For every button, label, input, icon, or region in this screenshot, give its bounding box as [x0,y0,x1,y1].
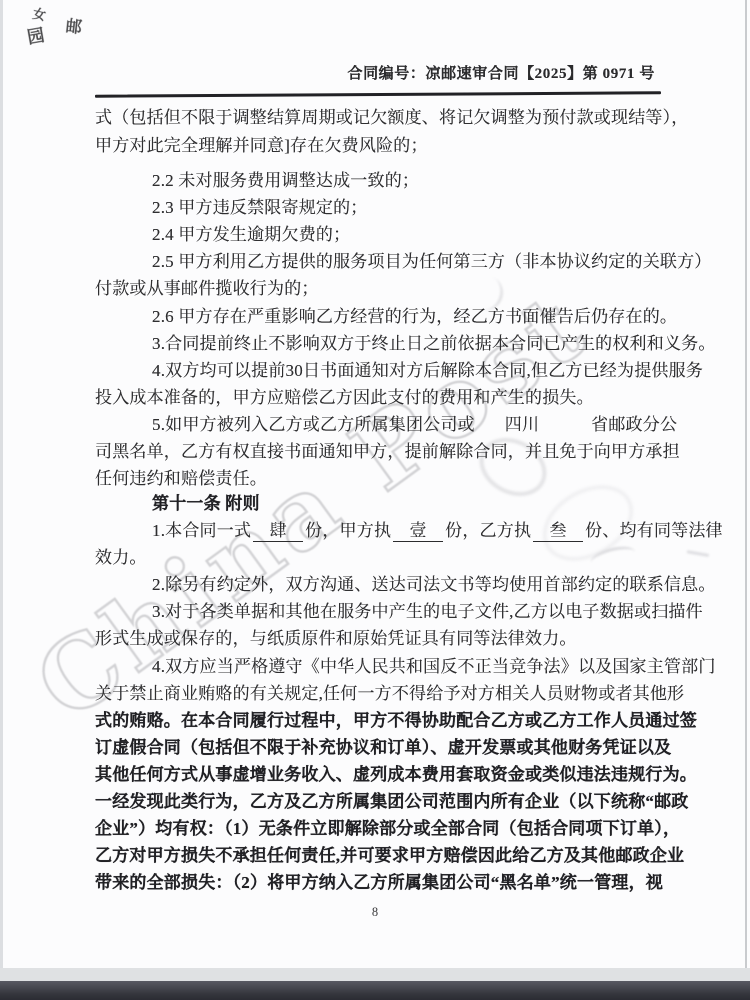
text-segment: 2.5 甲方利用乙方提供的服务项目为任何第三方（非本协议约定的关联方） [152,252,712,271]
text-segment: 2.除另有约定外，双方沟通、送达司法文书等均使用首部约定的联系信息。 [152,575,716,594]
text-segment: 3.对于各类单据和其他在服务中产生的电子文件,乙方以电子数据或扫描件 [152,602,703,621]
filled-blank: 叁 [533,516,583,542]
text-line: 甲方对此完全理解并同意]存在欠费风险的； [95,131,428,156]
text-line: 2.6 甲方存在严重影响乙方经营的行为，经乙方书面催告后仍存在的。 [152,302,677,327]
text-line: 司黑名单，乙方有权直接书面通知甲方，提前解除合同，并且免于向甲方承担 [95,437,680,462]
text-segment: 订虚假合同（包括但不限于补充协议和订单）、虚开发票或其他财务凭证以及 [95,738,671,757]
text-segment: 投入成本准备的，甲方应赔偿乙方因此支付的费用和产生的损失。 [95,388,594,407]
scan-bottom-shadow [0,968,750,982]
text-line: 2.除另有约定外，双方沟通、送达司法文书等均使用首部约定的联系信息。 [152,570,716,595]
text-line: 形式生成或保存的，与纸质原件和原始凭证具有同等法律效力。 [95,624,577,649]
text-segment: 1.本合同一式 [152,521,251,540]
text-line: 2.5 甲方利用乙方提供的服务项目为任何第三方（非本协议约定的关联方） [152,247,712,272]
text-segment: 第十一条 附则 [152,494,260,513]
text-segment: 式的贿赂。在本合同履行过程中，甲方不得协助配合乙方或乙方工作人员通过签 [95,711,697,730]
text-line: 投入成本准备的，甲方应赔偿乙方因此支付的费用和产生的损失。 [95,383,594,408]
text-segment: 3.合同提前终止不影响双方于终止日之前依据本合同已产生的权利和义务。 [152,334,716,353]
text-line: 2.2 未对服务费用调整达成一致的； [152,166,419,191]
text-segment: 其他任何方式从事虚增业务收入、虚列成本费用套取资金或类似违法违规行为。 [95,765,697,784]
text-line: 2.4 甲方发生逾期欠费的； [152,220,350,245]
text-line: 乙方对甲方损失不承担任何责任,并可要求甲方赔偿因此给乙方及其他邮政企业 [95,841,684,866]
scan-left-edge [0,0,3,1000]
text-segment: 5.如甲方被列入乙方或乙方所属集团公司或 [152,415,475,434]
text-segment: 份、均有同等法律 [585,521,723,540]
text-line: 式（包括但不限于调整结算周期或记欠额度、将记欠调整为预付款或现结等）， [95,103,689,128]
text-segment: 2.2 未对服务费用调整达成一致的； [152,171,419,190]
text-segment: 份，甲方执 [305,521,391,540]
text-segment: 效力。 [95,548,147,567]
text-segment: 2.4 甲方发生逾期欠费的； [152,225,350,244]
text-segment: 关于禁止商业贿赂的有关规定,任何一方不得给予对方相关人员财物或者其他形 [95,684,684,703]
filled-blank: 壹 [393,516,443,542]
text-segment: 甲方对此完全理解并同意]存在欠费风险的； [95,136,428,155]
text-line: 5.如甲方被列入乙方或乙方所属集团公司或四川省邮政分公 [152,410,677,435]
text-line: 3.对于各类单据和其他在服务中产生的电子文件,乙方以电子数据或扫描件 [152,597,703,622]
text-segment: 乙方对甲方损失不承担任何责任,并可要求甲方赔偿因此给乙方及其他邮政企业 [95,846,684,865]
corner-ink-mark-2: 园 [25,21,46,49]
text-line: 式的贿赂。在本合同履行过程中，甲方不得协助配合乙方或乙方工作人员通过签 [95,706,697,731]
contract-number-header: 合同编号：凉邮速审合同【2025】第 0971 号 [347,62,655,83]
scanned-contract-page: 女 园 邮 合同编号：凉邮速审合同【2025】第 0971 号 China Po… [0,0,750,1000]
text-line: 带来的全部损失：（2）将甲方纳入乙方所属集团公司“黑名单”统一管理，视 [95,868,663,893]
blank-gap [475,429,505,430]
text-line: 1.本合同一式肆份，甲方执壹份，乙方执叁份、均有同等法律 [152,516,723,542]
scan-smudge [685,550,709,567]
text-segment: 式（包括但不限于调整结算周期或记欠额度、将记欠调整为预付款或现结等）， [95,108,689,127]
text-line: 2.3 甲方违反禁限寄规定的； [152,193,368,218]
text-line: 4.双方均可以提前30日书面通知对方后解除本合同,但乙方已经为提供服务 [152,356,703,381]
text-line: 一经发现此类行为，乙方及乙方所属集团公司范围内所有企业（以下统称“邮政 [95,787,689,812]
text-segment: 一经发现此类行为，乙方及乙方所属集团公司范围内所有企业（以下统称“邮政 [95,792,689,811]
text-segment: 省邮政分公 [591,415,677,434]
header-rule [95,91,661,97]
text-segment: 任何违约和赔偿责任。 [95,469,267,488]
text-line: 第十一条 附则 [152,489,260,514]
text-segment: 四川 [505,415,539,434]
text-line: 企业”）均有权：（1）无条件立即解除部分或全部合同（包括合同项下订单）， [95,814,680,839]
text-line: 4.双方应当严格遵守《中华人民共和国反不正当竞争法》以及国家主管部门 [152,652,716,677]
scan-bottom-band [0,981,750,1000]
text-line: 关于禁止商业贿赂的有关规定,任何一方不得给予对方相关人员财物或者其他形 [95,679,684,704]
text-line: 3.合同提前终止不影响双方于终止日之前依据本合同已产生的权利和义务。 [152,329,716,354]
text-line: 付款或从事邮件揽收行为的； [95,274,319,299]
text-segment: 2.6 甲方存在严重影响乙方经营的行为，经乙方书面催告后仍存在的。 [152,307,677,326]
text-segment: 份，乙方执 [445,521,531,540]
scan-right-edge [745,0,747,1000]
filled-blank: 肆 [253,516,303,542]
text-segment: 形式生成或保存的，与纸质原件和原始凭证具有同等法律效力。 [95,629,577,648]
blank-gap [539,429,591,430]
text-segment: 企业”）均有权：（1）无条件立即解除部分或全部合同（包括合同项下订单）， [95,819,680,838]
text-line: 订虚假合同（包括但不限于补充协议和订单）、虚开发票或其他财务凭证以及 [95,733,671,758]
scan-smudge [588,543,637,573]
corner-ink-mark-3: 邮 [65,13,83,38]
page-number: 8 [372,905,378,920]
text-segment: 4.双方应当严格遵守《中华人民共和国反不正当竞争法》以及国家主管部门 [152,657,716,676]
text-line: 任何违约和赔偿责任。 [95,464,267,489]
text-segment: 付款或从事邮件揽收行为的； [95,279,319,298]
text-segment: 司黑名单，乙方有权直接书面通知甲方，提前解除合同，并且免于向甲方承担 [95,442,680,461]
text-line: 效力。 [95,543,147,568]
text-line: 其他任何方式从事虚增业务收入、虚列成本费用套取资金或类似违法违规行为。 [95,760,697,785]
text-segment: 带来的全部损失：（2）将甲方纳入乙方所属集团公司“黑名单”统一管理，视 [95,873,663,892]
text-segment: 4.双方均可以提前30日书面通知对方后解除本合同,但乙方已经为提供服务 [152,361,703,380]
text-segment: 2.3 甲方违反禁限寄规定的； [152,198,368,217]
